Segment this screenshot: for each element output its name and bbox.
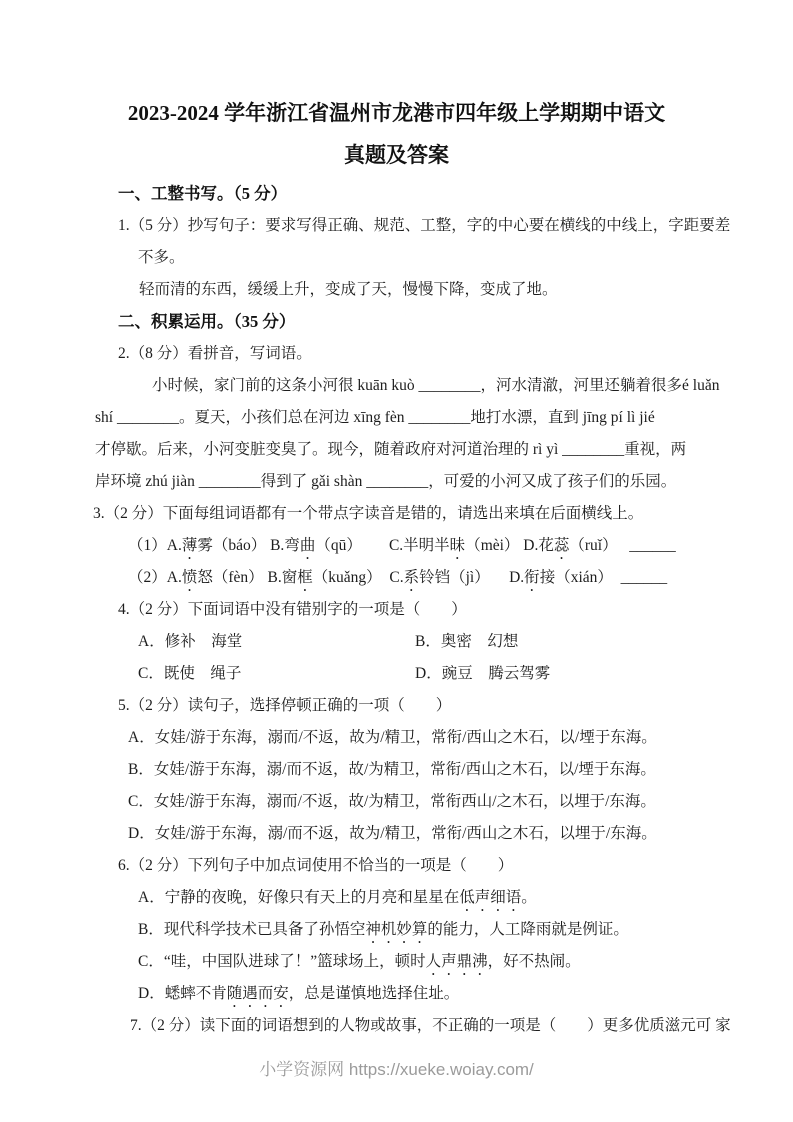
question-5-option-d: D．女娃/游于东海，溺/而不返，故为/精卫，常衔/西山之木石，以埋于/东海。 [0, 818, 793, 850]
exam-paper-page: 2023-2024 学年浙江省温州市龙港市四年级上学期期中语文 真题及答案 一、… [0, 0, 793, 1122]
question-2-text-1: 小时候，家门前的这条小河很 kuān kuò ________，河水清澈，河里还… [0, 370, 793, 402]
question-3: 3.（2 分）下面每组词语都有一个带点字读音是错的，请选出来填在后面横线上。 [0, 498, 793, 530]
section-2-header: 二、积累运用。（35 分） [0, 306, 793, 338]
doc-title-line2: 真题及答案 [40, 134, 753, 176]
question-5: 5.（2 分）读句子，选择停顿正确的一项（ ） [0, 690, 793, 722]
question-7: 7.（2 分）读下面的词语想到的人物或故事，不正确的一项是（ ）更多优质滋元可 … [0, 1010, 793, 1042]
dotted-word: 昧 [450, 537, 466, 554]
section-1-header: 一、工整书写。（5 分） [0, 178, 793, 210]
question-5-option-c: C．女娃/游于东海，溺而/不返，故/为精卫，常衔西山/之木石，以埋于/东海。 [0, 786, 793, 818]
dotted-word: 低声细语 [459, 889, 521, 906]
question-6: 6.（2 分）下列句子中加点词使用不恰当的一项是（ ） [0, 850, 793, 882]
question-4-options-cd: C．既使 绳子D．豌豆 腾云驾雾 [0, 658, 793, 690]
dotted-word: 框 [297, 569, 313, 586]
question-3-group-1: （1）A.薄雾（báo） B.弯曲（qū） C.半明半昧（mèi） D.花蕊（r… [0, 530, 793, 562]
question-5-option-a: A．女娃/游于东海，溺而/不返，故为/精卫，常衔/西山之木石，以/堙于东海。 [0, 722, 793, 754]
dotted-word: 系 [404, 569, 420, 586]
question-6-option-d: D．蟋蟀不肯随遇而安，总是谨慎地选择住址。 [0, 978, 793, 1010]
question-4-options-ab: A．修补 海堂B．奥密 幻想 [0, 626, 793, 658]
question-4: 4.（2 分）下面词语中没有错别字的一项是（ ） [0, 594, 793, 626]
dotted-word: 蕊 [554, 537, 570, 554]
question-2-text-4: 岸环境 zhú jiàn ________得到了 gǎi shàn ______… [0, 466, 793, 498]
question-6-option-a: A．宁静的夜晚，好像只有天上的月亮和星星在低声细语。 [0, 882, 793, 914]
question-2-text-3: 才停歇。后来，小河变脏变臭了。现今，随着政府对河道治理的 rì yì _____… [0, 434, 793, 466]
dotted-word: 人声鼎沸 [426, 953, 488, 970]
question-4-options-cd-col2: D．豌豆 腾云驾雾 [415, 658, 550, 690]
question-6-option-b: B．现代科学技术已具备了孙悟空神机妙算的能力，人工降雨就是例证。 [0, 914, 793, 946]
dotted-word: 神机妙算 [365, 921, 427, 938]
dotted-word: 薄 [182, 537, 198, 554]
question-6-option-c: C．“哇，中国队进球了！”篮球场上，顿时人声鼎沸，好不热闹。 [0, 946, 793, 978]
doc-title: 2023-2024 学年浙江省温州市龙港市四年级上学期期中语文 真题及答案 [40, 92, 753, 176]
dotted-word: 衔 [524, 569, 540, 586]
question-2: 2.（8 分）看拼音，写词语。 [0, 338, 793, 370]
question-4-options-ab-col2: B．奥密 幻想 [415, 626, 518, 658]
question-2-text-2: shí ________。夏天，小孩们总在河边 xīng fèn _______… [0, 402, 793, 434]
question-3-group-2: （2）A.愤怒（fèn） B.窗框（kuǎng） C.系铃铛（jì） D.衔接（… [0, 562, 793, 594]
document-body: 一、工整书写。（5 分）1.（5 分）抄写句子：要求写得正确、规范、工整，字的中… [0, 178, 793, 1042]
question-1-cont: 不多。 [0, 242, 793, 274]
dotted-word: 愤 [182, 569, 198, 586]
question-1: 1.（5 分）抄写句子：要求写得正确、规范、工整，字的中心要在横线的中线上，字距… [0, 210, 793, 242]
dotted-word: 曲 [300, 537, 316, 554]
question-5-option-b: B．女娃/游于东海，溺/而不返，故/为精卫，常衔/西山之木石，以/堙于东海。 [0, 754, 793, 786]
question-1-sentence: 轻而清的东西，缓缓上升，变成了天，慢慢下降，变成了地。 [0, 274, 793, 306]
site-watermark: 小学资源网 https://xueke.woiay.com/ [0, 1056, 793, 1084]
dotted-word: 随遇而安 [227, 985, 289, 1002]
doc-title-line1: 2023-2024 学年浙江省温州市龙港市四年级上学期期中语文 [40, 92, 753, 134]
